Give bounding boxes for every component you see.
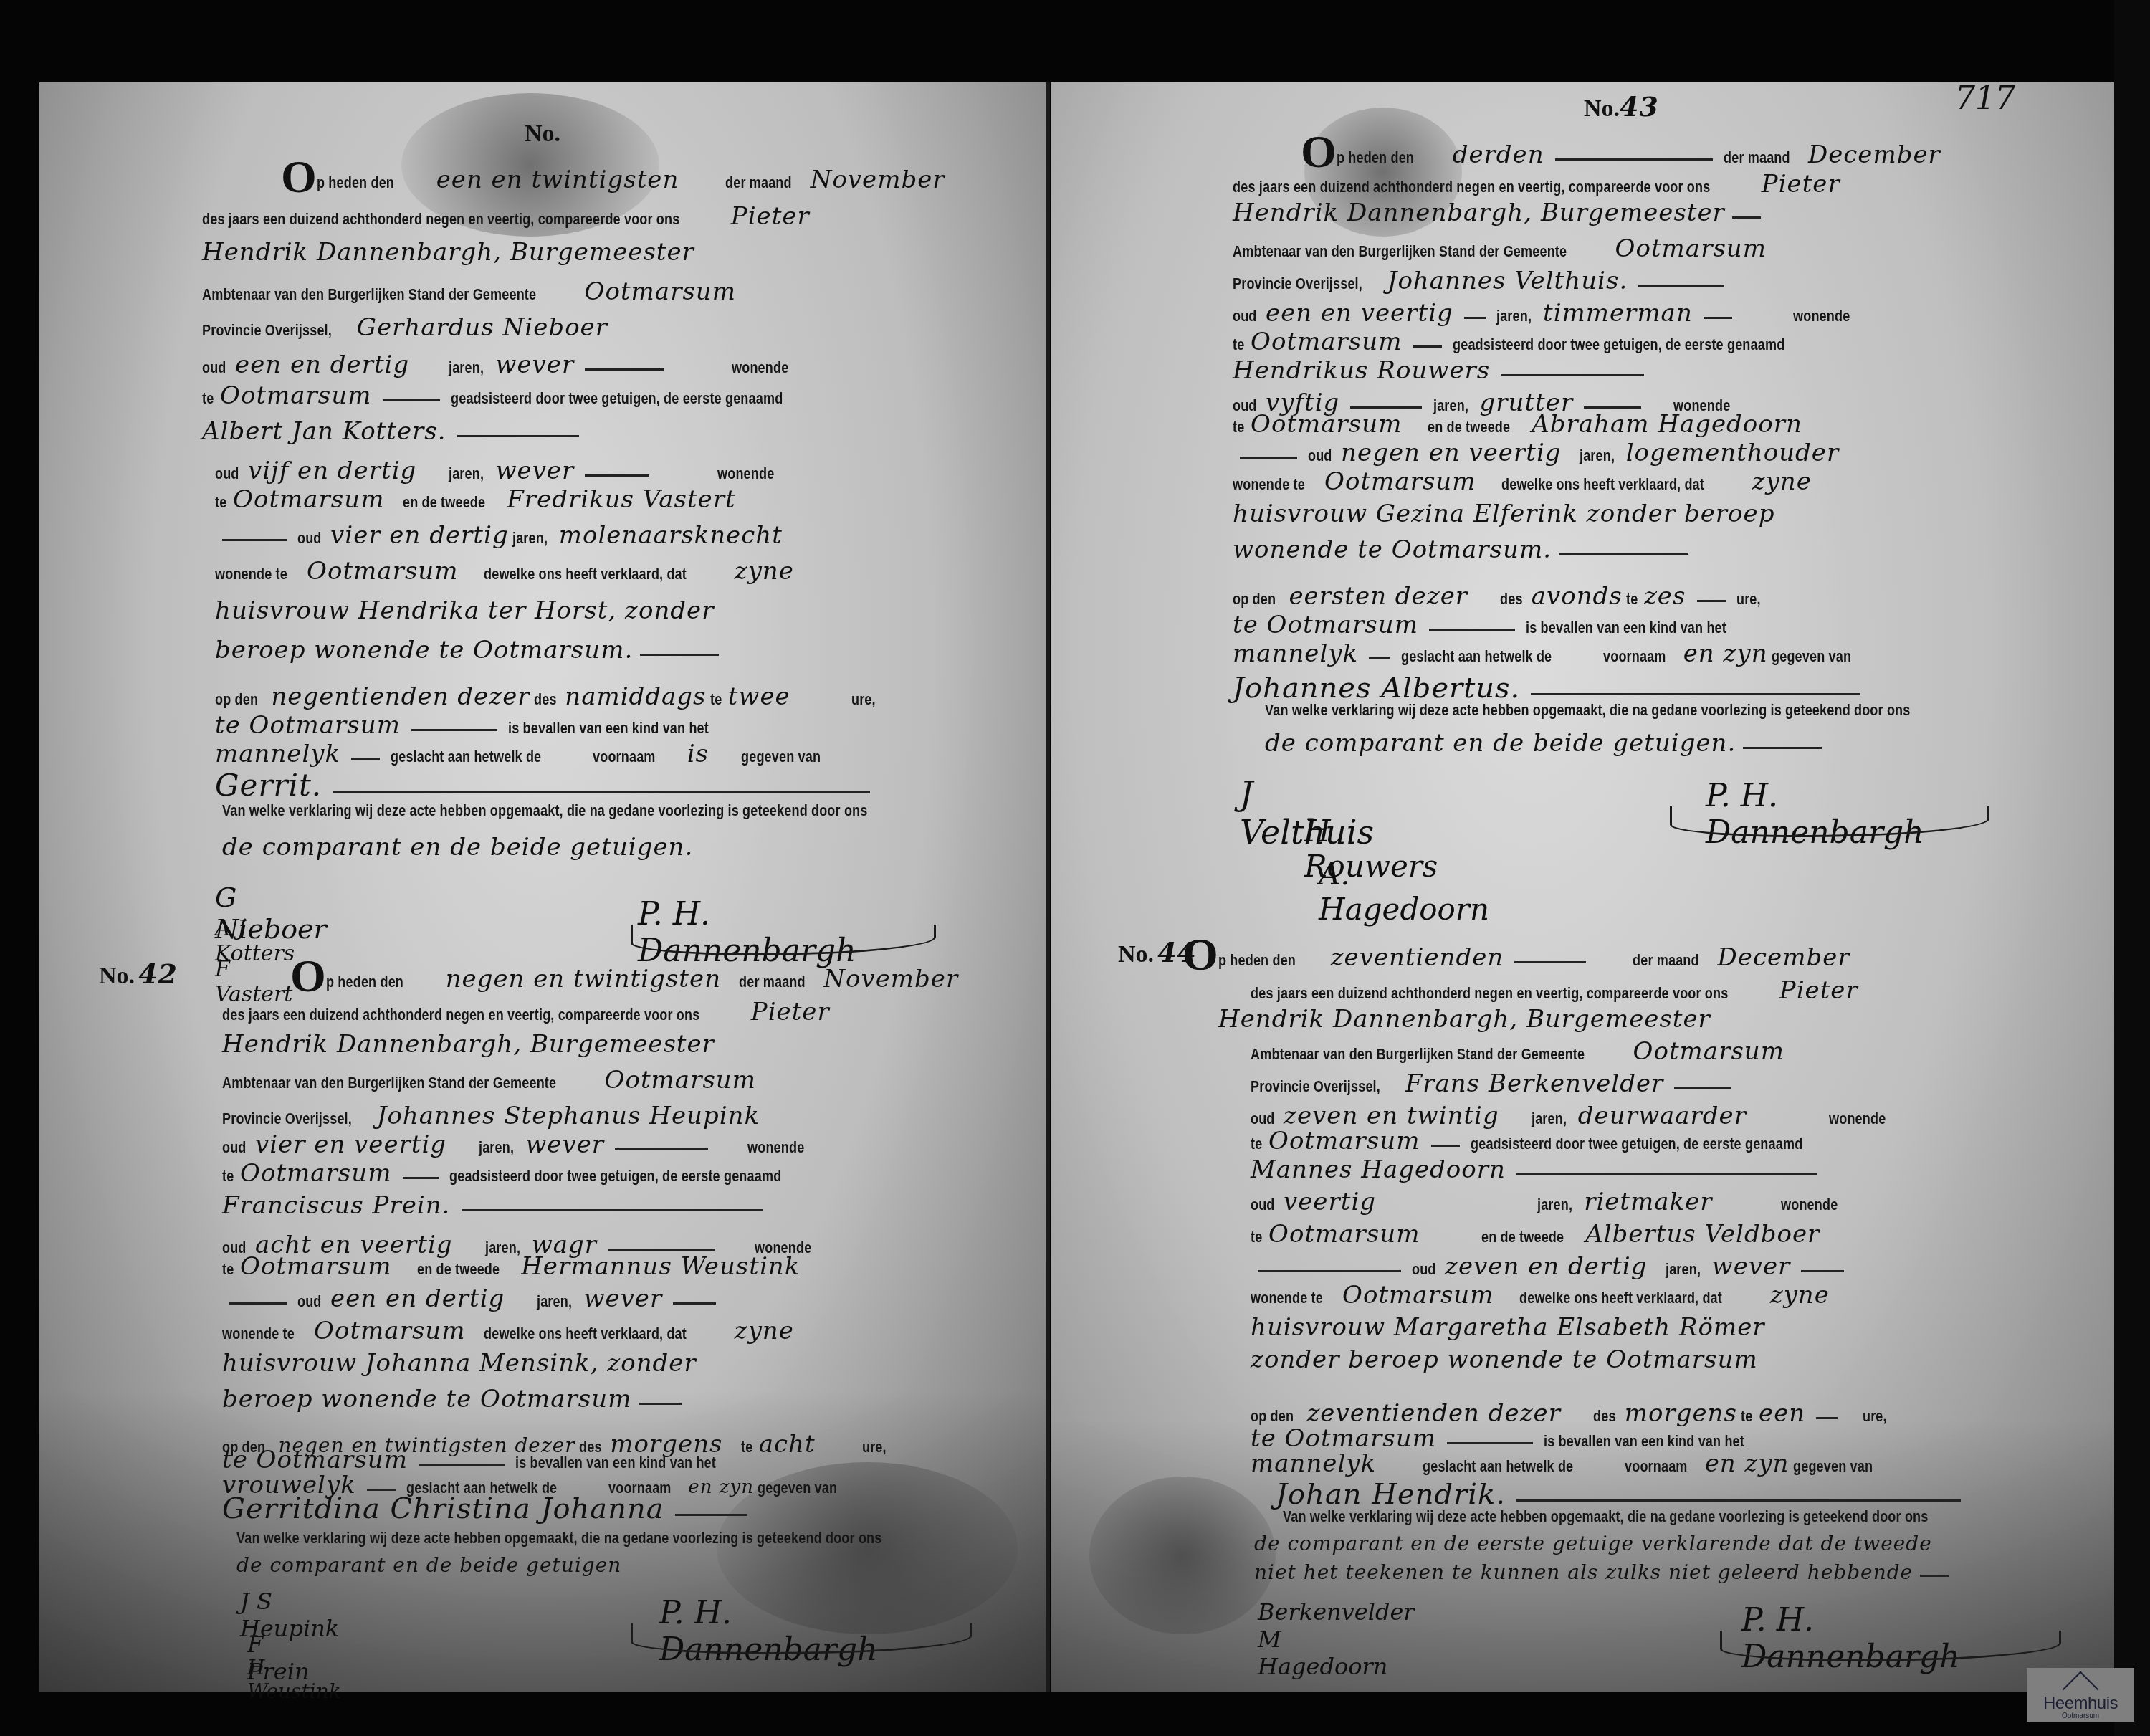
child-name: Gerrit. — [215, 771, 322, 801]
stain — [1089, 1477, 1276, 1634]
printed-bevallen: is bevallen van een kind van het — [1526, 620, 1726, 636]
time-of-day: avonds — [1532, 584, 1623, 609]
child-sex: mannelyk — [1251, 1451, 1376, 1476]
printed-der-maand: der maand — [725, 175, 792, 191]
printed-des: des — [1593, 1408, 1616, 1424]
official-first-name: Pieter — [1779, 978, 1858, 1003]
printed-jaren: jaren, — [479, 1140, 514, 1155]
act-day: een en twintigsten — [436, 168, 679, 192]
act-month: December — [1718, 945, 1850, 970]
printed-des: des — [534, 692, 557, 707]
birth-hour: een — [1759, 1401, 1805, 1426]
printed-jaren: jaren, — [485, 1240, 520, 1256]
printed-geadsisteerd: geadsisteerd door twee getuigen, de eers… — [451, 391, 783, 406]
is-zyn: en zyn — [1683, 642, 1768, 666]
printed-jaren: jaren, — [537, 1294, 572, 1310]
closing-text-2: niet het teekenen te kunnen als zulks ni… — [1254, 1563, 1913, 1583]
printed-op-heden: p heden den — [1218, 953, 1296, 968]
witness2-age: vier en dertig — [330, 523, 509, 548]
printed-en-de-tweede: en de tweede — [1481, 1229, 1564, 1245]
printed-bevallen: is bevallen van een kind van het — [508, 720, 709, 736]
statement-zyne: zyne — [735, 559, 794, 583]
comparant-name: Johannes Velthuis. — [1387, 269, 1628, 293]
printed-te: te — [710, 692, 722, 707]
comparant-age: vier en veertig — [255, 1132, 446, 1157]
comparant-residence: Ootmarsum — [1268, 1129, 1420, 1153]
act-number: 42 — [138, 960, 178, 988]
printed-wonende: wonende — [732, 360, 788, 376]
printed-op-heden: p heden den — [1337, 150, 1414, 166]
comparant-residence: Ootmarsum — [1251, 330, 1402, 354]
official-name: Hendrik Dannenbargh, Burgemeester — [202, 240, 694, 264]
is-zyn: en zyn — [1705, 1451, 1790, 1476]
birth-day: zeventienden dezer — [1306, 1401, 1561, 1426]
printed-ambtenaar: Ambtenaar van den Burgerlijken Stand der… — [1251, 1046, 1585, 1062]
printed-op-den: op den — [215, 692, 258, 707]
witness2-age: zeven en dertig — [1445, 1254, 1647, 1279]
folio-number: 717 — [1955, 80, 2015, 117]
act-day: negen en twintigsten — [446, 967, 721, 991]
act-day: zeventienden — [1331, 945, 1504, 970]
printed-wonende-te: wonende te — [1251, 1290, 1323, 1306]
printed-ure: ure, — [1863, 1408, 1887, 1424]
printed-dewelke: dewelke ons heeft verklaard, dat — [484, 566, 687, 582]
watermark-place: Ootmarsum — [2062, 1713, 2099, 1720]
comparant-residence: Ootmarsum — [240, 1161, 391, 1186]
printed-wonende: wonende — [717, 466, 774, 482]
printed-der-maand: der maand — [739, 974, 806, 990]
statement-residence: beroep wonende te Ootmarsum — [222, 1387, 631, 1411]
printed-geadsisteerd: geadsisteerd door twee getuigen, de eers… — [449, 1168, 781, 1184]
printed-gegeven-van: gegeven van — [758, 1480, 837, 1496]
printed-oud: oud — [1251, 1197, 1275, 1213]
printed-dewelke: dewelke ons heeft verklaard, dat — [484, 1326, 687, 1342]
printed-oud: oud — [1308, 448, 1332, 464]
time-of-day: morgens — [1625, 1401, 1737, 1426]
printed-wonende: wonende — [1829, 1111, 1886, 1127]
comparant-age: een en dertig — [235, 353, 409, 377]
gemeente: Ootmarsum — [585, 280, 736, 304]
printed-geadsisteerd: geadsisteerd door twee getuigen, de eers… — [1471, 1136, 1802, 1152]
witness1-residence: Ootmarsum — [1268, 1222, 1420, 1246]
is-zyn: is — [687, 742, 709, 766]
printed-oud: oud — [297, 1294, 322, 1310]
printed-wonende-te: wonende te — [1233, 477, 1305, 492]
official-first-name: Pieter — [731, 204, 810, 229]
printed-ure: ure, — [862, 1439, 887, 1455]
witness2-name: Abraham Hagedoorn — [1532, 412, 1802, 437]
witness1-occupation: wever — [495, 459, 574, 483]
printed-jaren: jaren, — [1580, 448, 1615, 464]
witness2-age: negen en veertig — [1341, 441, 1561, 465]
printed-des-jaars: des jaars een duizend achthonderd negen … — [202, 211, 679, 227]
printed-te: te — [1233, 419, 1244, 435]
printed-te: te — [1626, 591, 1638, 607]
printed-te: te — [1233, 337, 1244, 353]
printed-wonende-te: wonende te — [215, 566, 287, 582]
printed-jaren: jaren, — [1433, 398, 1468, 414]
printed-te: te — [222, 1168, 234, 1184]
printed-en-de-tweede: en de tweede — [403, 495, 485, 510]
printed-oud: oud — [1251, 1111, 1275, 1127]
initial-o: O — [281, 151, 317, 202]
birth-place: te Ootmarsum — [215, 713, 401, 738]
printed-op-heden: p heden den — [326, 974, 403, 990]
printed-te: te — [1251, 1136, 1262, 1152]
statement-zyne: zyne — [1752, 469, 1812, 494]
printed-des-jaars: des jaars een duizend achthonderd negen … — [1251, 986, 1728, 1001]
act-number-label: No. — [1584, 95, 1620, 122]
printed-des: des — [1500, 591, 1523, 607]
signature-witness2: H Weustink — [247, 1656, 341, 1703]
child-name: Johannes Albertus. — [1233, 674, 1520, 702]
act-number-label: No. — [1118, 941, 1154, 968]
printed-jaren: jaren, — [512, 530, 548, 546]
comparant-name: Gerhardus Nieboer — [357, 315, 608, 340]
printed-ure: ure, — [851, 692, 876, 707]
printed-verklaring: Van welke verklaring wij deze acte hebbe… — [1283, 1509, 1928, 1525]
birth-place: te Ootmarsum — [1233, 613, 1418, 637]
printed-dewelke: dewelke ons heeft verklaard, dat — [1519, 1290, 1722, 1306]
printed-wonende-te: wonende te — [222, 1326, 295, 1342]
witness1-age: veertig — [1284, 1190, 1376, 1214]
printed-gegeven-van: gegeven van — [741, 749, 821, 765]
closing-text: de comparant en de beide getuigen. — [1265, 731, 1736, 755]
witness2-residence: Ootmarsum — [307, 559, 458, 583]
heemhuis-watermark-logo: Heemhuis Ootmarsum — [2027, 1668, 2134, 1722]
child-name: Johan Hendrik. — [1276, 1480, 1506, 1509]
printed-te: te — [202, 391, 214, 406]
statement-wife: huisvrouw Margaretha Elsabeth Römer — [1251, 1315, 1765, 1340]
official-first-name: Pieter — [751, 1000, 830, 1024]
witness2-occupation: logementhouder — [1626, 441, 1840, 465]
gemeente: Ootmarsum — [605, 1068, 756, 1092]
printed-verklaring: Van welke verklaring wij deze acte hebbe… — [236, 1530, 881, 1546]
printed-der-maand: der maand — [1633, 953, 1699, 968]
closing-text: de comparant en de beide getuigen. — [222, 835, 693, 859]
witness1-age: vijf en dertig — [248, 459, 416, 483]
comparant-occupation: wever — [525, 1132, 604, 1157]
witness2-name: Fredrikus Vastert — [507, 487, 735, 512]
act-number-label: No. — [525, 120, 560, 147]
birth-day: eersten dezer — [1289, 584, 1468, 609]
statement-zyne: zyne — [735, 1319, 794, 1343]
initial-o: O — [1301, 126, 1337, 177]
printed-gegeven-van: gegeven van — [1772, 649, 1851, 664]
statement-residence: wonende te Ootmarsum. — [1233, 538, 1552, 562]
gemeente: Ootmarsum — [1633, 1039, 1784, 1064]
statement-residence: zonder beroep wonende te Ootmarsum — [1251, 1348, 1758, 1372]
printed-der-maand: der maand — [1724, 150, 1790, 166]
closing-text: de comparant en de eerste getuige verkla… — [1254, 1534, 1932, 1554]
printed-bevallen: is bevallen van een kind van het — [1544, 1434, 1744, 1449]
printed-oud: oud — [297, 530, 322, 546]
witness1-name: Albert Jan Kotters. — [202, 419, 446, 444]
printed-des-jaars: des jaars een duizend achthonderd negen … — [1233, 179, 1710, 195]
official-name: Hendrik Dannenbargh, Burgemeester — [1218, 1007, 1711, 1031]
witness1-residence: Ootmarsum — [1251, 412, 1402, 437]
printed-wonende: wonende — [1781, 1197, 1838, 1213]
printed-geslacht: geslacht aan hetwelk de — [1401, 649, 1552, 664]
comparant-occupation: timmerman — [1543, 301, 1693, 325]
printed-oud: oud — [202, 360, 226, 376]
witness1-name: Mannes Hagedoorn — [1251, 1158, 1506, 1182]
birth-hour: acht — [759, 1432, 816, 1456]
printed-provincie: Provincie Overijssel, — [1233, 276, 1362, 292]
witness2-age: een en dertig — [330, 1287, 505, 1311]
printed-en-de-tweede: en de tweede — [417, 1262, 500, 1277]
printed-oud: oud — [1412, 1262, 1436, 1277]
printed-verklaring: Van welke verklaring wij deze acte hebbe… — [1265, 702, 1910, 718]
statement-residence: beroep wonende te Ootmarsum. — [215, 638, 633, 662]
statement-wife: huisvrouw Johanna Mensink, zonder — [222, 1351, 697, 1375]
comparant-residence: Ootmarsum — [220, 383, 371, 408]
printed-jaren: jaren, — [1496, 308, 1532, 324]
statement-zyne: zyne — [1770, 1283, 1830, 1307]
witness1-residence: Ootmarsum — [240, 1254, 391, 1279]
printed-op-den: op den — [1251, 1408, 1294, 1424]
printed-te: te — [222, 1262, 234, 1277]
comparant-age: een en veertig — [1266, 301, 1453, 325]
initial-o: O — [290, 950, 326, 1001]
act-day: derden — [1453, 143, 1544, 167]
official-name: Hendrik Dannenbargh, Burgemeester — [222, 1032, 715, 1057]
document-scan: 717 No. Op heden den een en twintigsten … — [0, 0, 2150, 1736]
printed-ure: ure, — [1736, 591, 1761, 607]
birth-place: te Ootmarsum — [1251, 1426, 1436, 1451]
comparant-age: zeven en twintig — [1284, 1104, 1499, 1128]
act-month: November — [823, 967, 958, 991]
printed-ambtenaar: Ambtenaar van den Burgerlijken Stand der… — [222, 1075, 556, 1091]
comparant-occupation: deurwaarder — [1578, 1104, 1747, 1128]
child-name: Gerritdina Christina Johanna — [222, 1494, 664, 1523]
birth-day: negentienden dezer — [271, 685, 530, 709]
child-sex: mannelyk — [215, 742, 340, 766]
witness1-residence: Ootmarsum — [233, 487, 384, 512]
printed-geslacht: geslacht aan hetwelk de — [391, 749, 541, 765]
time-of-day: namiddags — [565, 685, 706, 709]
witness2-residence: Ootmarsum — [1324, 469, 1476, 494]
child-sex: mannelyk — [1233, 642, 1358, 666]
witness2-residence: Ootmarsum — [314, 1319, 465, 1343]
comparant-occupation: wever — [495, 353, 574, 377]
printed-te: te — [215, 495, 226, 510]
statement-wife: huisvrouw Gezina Elferink zonder beroep — [1233, 502, 1774, 526]
witness2-name: Albertus Veldboer — [1585, 1222, 1820, 1246]
page-gutter — [1046, 82, 1050, 1692]
witness1-occupation: rietmaker — [1584, 1190, 1712, 1214]
act-month: December — [1808, 143, 1941, 167]
printed-en-de-tweede: en de tweede — [1428, 419, 1510, 435]
witness1-name: Franciscus Prein. — [222, 1193, 450, 1218]
printed-te: te — [1741, 1408, 1752, 1424]
witness2-residence: Ootmarsum — [1342, 1283, 1494, 1307]
printed-voornaam: voornaam — [1603, 649, 1666, 664]
scan-border — [2114, 0, 2150, 1736]
signature-comparant: Berkenvelder — [1258, 1598, 1415, 1626]
gemeente: Ootmarsum — [1615, 237, 1767, 261]
comparant-name: Johannes Stephanus Heupink — [377, 1104, 760, 1128]
initial-o: O — [1182, 929, 1218, 980]
printed-te: te — [1251, 1229, 1262, 1245]
printed-wonende: wonende — [747, 1140, 804, 1155]
signature-witness2: A. Hagedoorn — [1319, 857, 1489, 927]
witness2-name: Hermannus Weustink — [521, 1254, 800, 1279]
printed-gegeven-van: gegeven van — [1793, 1459, 1873, 1474]
witness2-occupation: wever — [1712, 1254, 1791, 1279]
printed-dewelke: dewelke ons heeft verklaard, dat — [1501, 477, 1704, 492]
witness2-occupation: wever — [583, 1287, 662, 1311]
printed-des-jaars: des jaars een duizend achthonderd negen … — [222, 1007, 699, 1023]
act-month: November — [811, 168, 945, 192]
birth-place: te Ootmarsum — [222, 1448, 408, 1472]
printed-jaren: jaren, — [449, 360, 484, 376]
printed-voornaam: voornaam — [593, 749, 656, 765]
printed-geslacht: geslacht aan hetwelk de — [1423, 1459, 1573, 1474]
printed-ambtenaar: Ambtenaar van den Burgerlijken Stand der… — [1233, 244, 1567, 259]
printed-geadsisteerd: geadsisteerd door twee getuigen, de eers… — [1453, 337, 1784, 353]
printed-wonende: wonende — [1793, 308, 1850, 324]
printed-op-den: op den — [1233, 591, 1276, 607]
witness2-occupation: molenaarsknecht — [559, 523, 783, 548]
printed-provincie: Provincie Overijssel, — [222, 1111, 352, 1127]
watermark-name: Heemhuis — [2043, 1695, 2118, 1712]
printed-voornaam: voornaam — [1625, 1459, 1688, 1474]
printed-jaren: jaren, — [449, 466, 484, 482]
printed-provincie: Provincie Overijssel, — [202, 323, 332, 338]
official-first-name: Pieter — [1762, 172, 1840, 196]
printed-provincie: Provincie Overijssel, — [1251, 1079, 1380, 1094]
printed-bevallen: is bevallen van een kind van het — [515, 1455, 716, 1471]
birth-hour: zes — [1644, 584, 1686, 609]
witness1-name: Hendrikus Rouwers — [1233, 358, 1490, 383]
closing-text: de comparant en de beide getuigen — [236, 1555, 621, 1575]
comparant-name: Frans Berkenvelder — [1405, 1072, 1664, 1096]
printed-oud: oud — [215, 466, 239, 482]
printed-oud: oud — [222, 1140, 247, 1155]
act-number-label: No. — [99, 963, 135, 989]
signature-witness1: M Hagedoorn — [1258, 1626, 1387, 1680]
printed-jaren: jaren, — [1666, 1262, 1701, 1277]
printed-jaren: jaren, — [1537, 1197, 1572, 1213]
statement-wife: huisvrouw Hendrika ter Horst, zonder — [215, 598, 714, 623]
official-name: Hendrik Dannenbargh, Burgemeester — [1233, 201, 1725, 225]
printed-verklaring: Van welke verklaring wij deze acte hebbe… — [222, 803, 867, 819]
act-number: 43 — [1620, 93, 1659, 120]
printed-ambtenaar: Ambtenaar van den Burgerlijken Stand der… — [202, 287, 536, 302]
printed-jaren: jaren, — [1532, 1111, 1567, 1127]
printed-oud: oud — [1233, 308, 1257, 324]
printed-op-heden: p heden den — [317, 175, 394, 191]
birth-hour: twee — [728, 685, 790, 709]
